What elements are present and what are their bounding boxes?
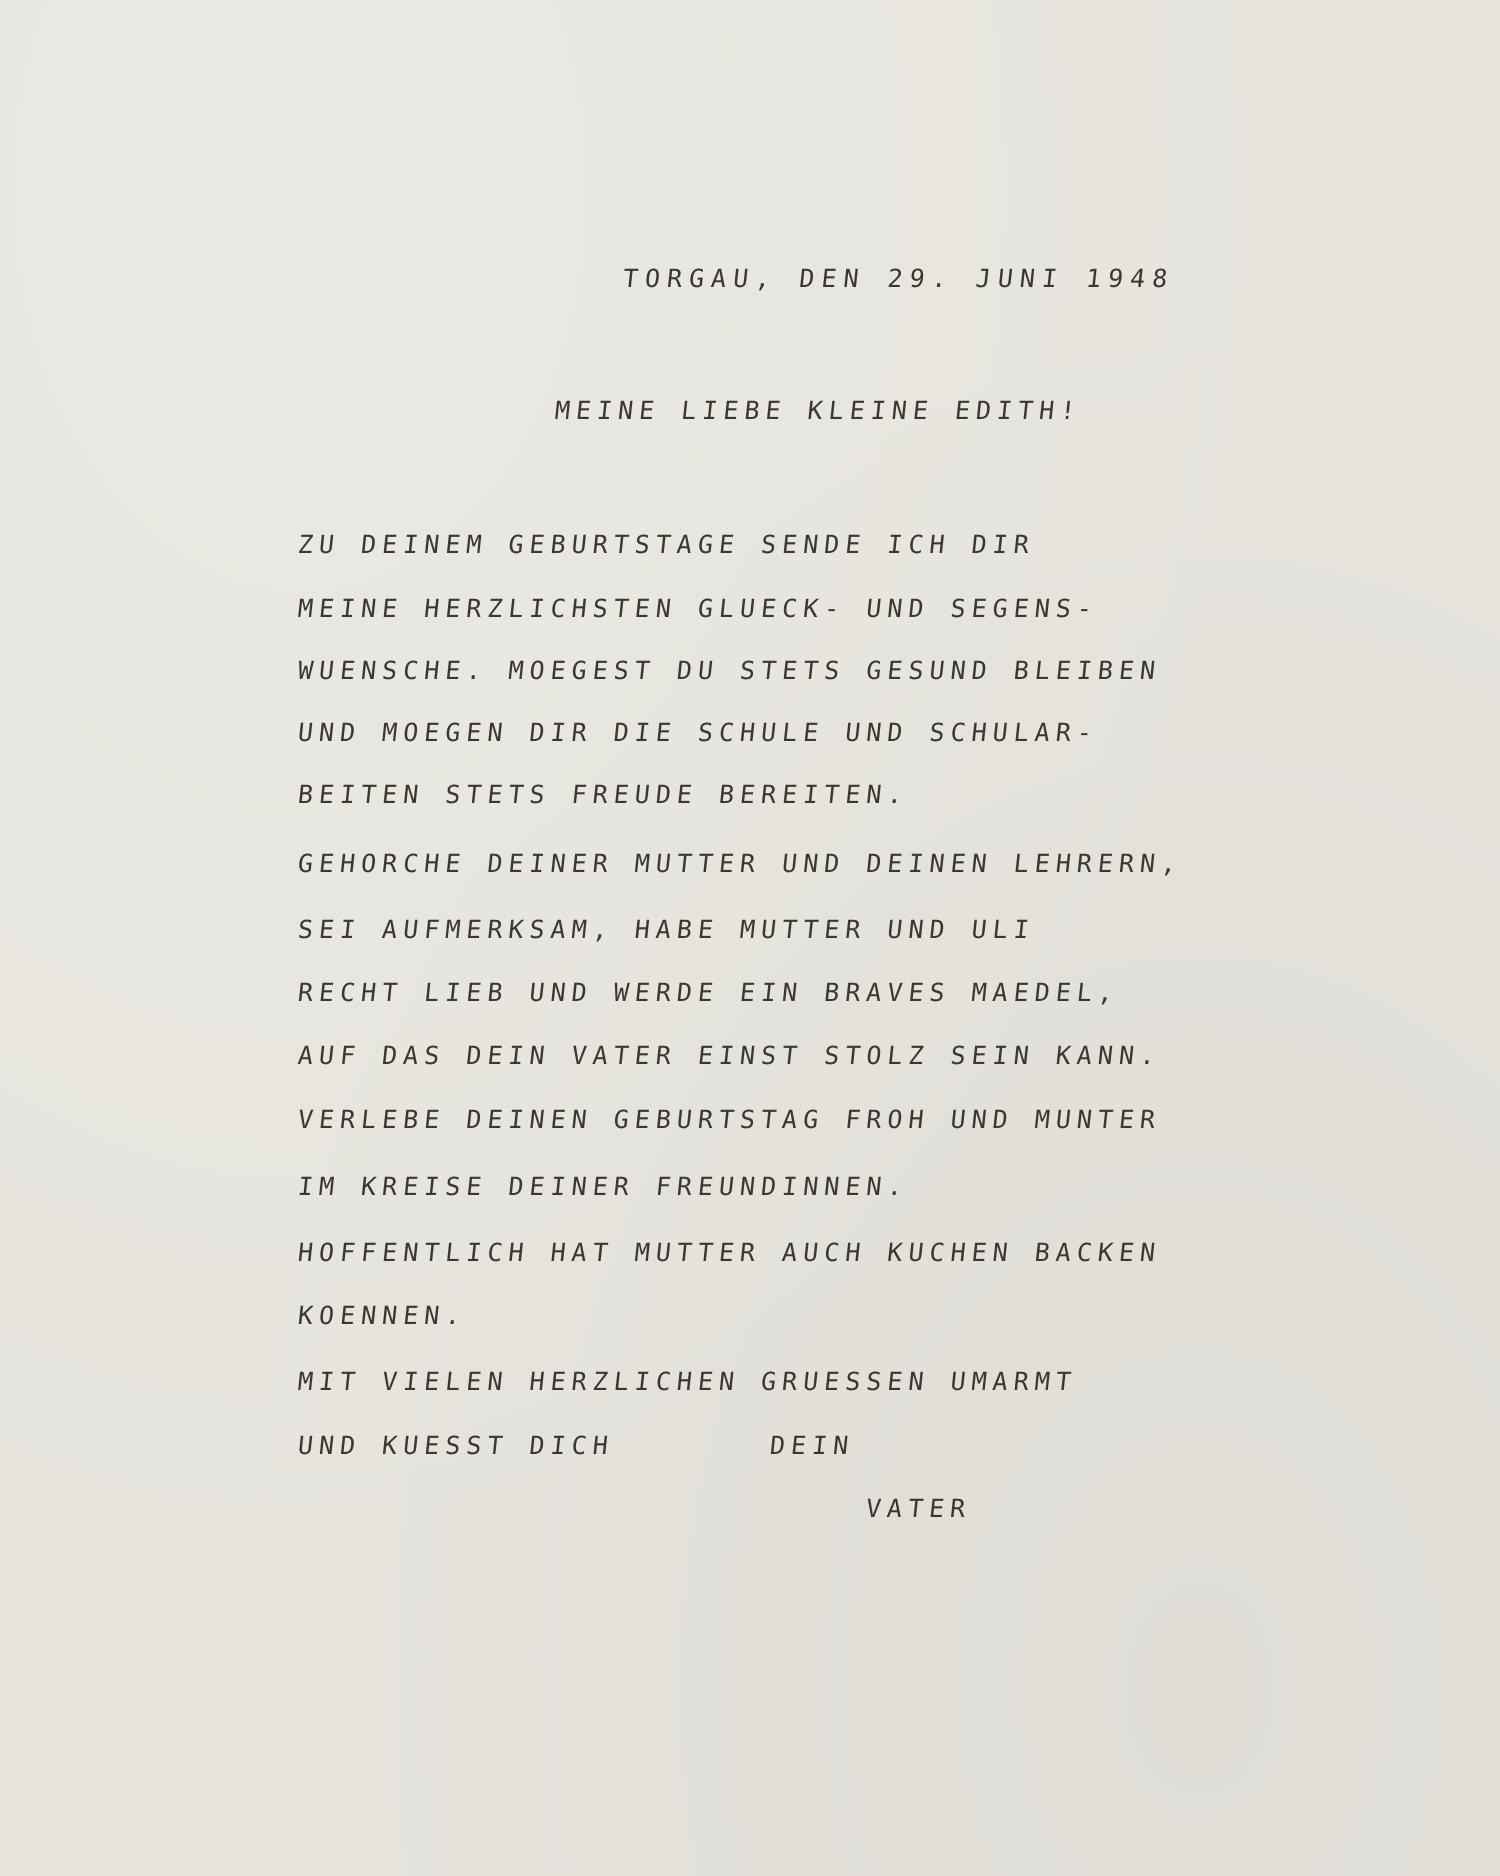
- body-line: WUENSCHE. MOEGEST DU STETS GESUND BLEIBE…: [297, 658, 1163, 683]
- body-line: UND KUESST DICH: [297, 1433, 615, 1458]
- body-line: BEITEN STETS FREUDE BEREITEN.: [297, 782, 910, 807]
- body-line: VERLEBE DEINEN GEBURTSTAG FROH UND MUNTE…: [297, 1107, 1163, 1132]
- body-line: MIT VIELEN HERZLICHEN GRUESSEN UMARMT: [297, 1369, 1079, 1394]
- place-and-date: TORGAU, DEN 29. JUNI 1948: [622, 266, 1176, 291]
- salutation: MEINE LIEBE KLEINE EDITH!: [554, 398, 1083, 423]
- body-line: AUF DAS DEIN VATER EINST STOLZ SEIN KANN…: [297, 1043, 1163, 1068]
- body-line: SEI AUFMERKSAM, HABE MUTTER UND ULI: [297, 917, 1036, 942]
- body-line: HOFFENTLICH HAT MUTTER AUCH KUCHEN BACKE…: [297, 1240, 1163, 1265]
- body-line: GEHORCHE DEINER MUTTER UND DEINEN LEHRER…: [297, 851, 1184, 876]
- body-line: KOENNEN.: [297, 1303, 468, 1328]
- body-line: RECHT LIEB UND WERDE EIN BRAVES MAEDEL,: [297, 980, 1121, 1005]
- body-line: ZU DEINEM GEBURTSTAGE SENDE ICH DIR: [297, 532, 1036, 557]
- closing-dein: DEIN: [769, 1433, 856, 1458]
- letter-paper: TORGAU, DEN 29. JUNI 1948 MEINE LIEBE KL…: [0, 0, 1500, 1876]
- body-line: UND MOEGEN DIR DIE SCHULE UND SCHULAR-: [297, 720, 1100, 745]
- signature: VATER: [865, 1496, 973, 1521]
- body-line: MEINE HERZLICHSTEN GLUECK- UND SEGENS-: [297, 596, 1100, 621]
- body-line: IM KREISE DEINER FREUNDINNEN.: [297, 1174, 910, 1199]
